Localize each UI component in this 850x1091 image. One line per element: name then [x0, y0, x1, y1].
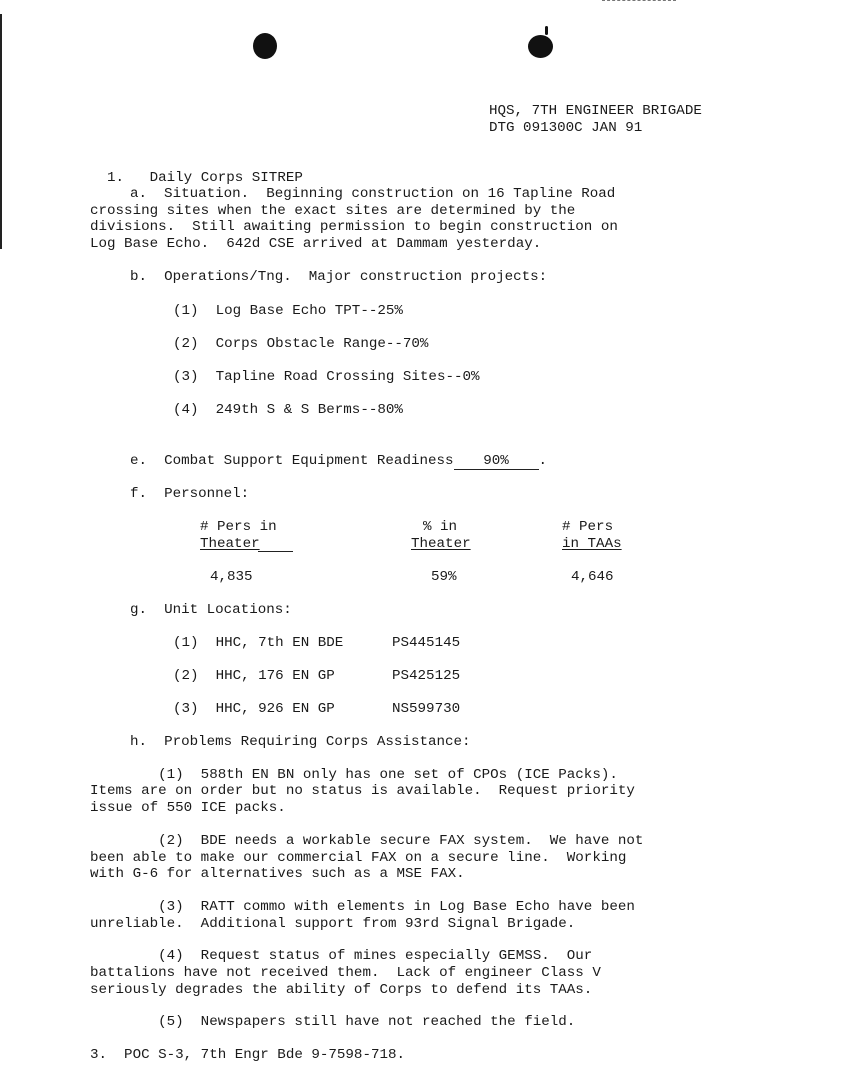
- punch-hole-left: [253, 33, 277, 59]
- unit-num: (1): [173, 635, 199, 651]
- unit-location-row: (2) HHC, 176 EN GP: [173, 668, 335, 685]
- section-title: Daily Corps SITREP: [150, 170, 303, 186]
- personnel-col-rule: [258, 551, 293, 552]
- punch-hole-right-tail: [545, 26, 548, 35]
- project-item: (4) 249th S & S Berms--80%: [173, 402, 403, 419]
- text-line: a. Situation. Beginning construction on …: [130, 186, 615, 203]
- project-item: (1) Log Base Echo TPT--25%: [173, 303, 403, 320]
- section-1-title: 1. Daily Corps SITREP: [90, 153, 303, 186]
- punch-hole-right: [528, 35, 553, 58]
- personnel-col-header: Theater: [411, 536, 471, 553]
- text-line: (4) Request status of mines especially G…: [90, 948, 592, 965]
- operations-heading: b. Operations/Tng. Major construction pr…: [130, 269, 547, 286]
- unit-num: (3): [173, 701, 199, 717]
- personnel-heading: f. Personnel:: [130, 486, 249, 503]
- readiness-label: Combat Support Equipment Readiness: [164, 453, 453, 469]
- header-dtg: DTG 091300C JAN 91: [489, 120, 642, 137]
- item-letter: h.: [130, 734, 147, 750]
- text-line: with G-6 for alternatives such as a MSE …: [90, 866, 465, 883]
- item-letter: e.: [130, 453, 147, 469]
- text-line: Items are on order but no status is avai…: [90, 783, 635, 800]
- readiness-end: .: [539, 453, 548, 469]
- text-line: (5) Newspapers still have not reached th…: [90, 1014, 575, 1031]
- item-letter: b.: [130, 269, 147, 285]
- project-item: (2) Corps Obstacle Range--70%: [173, 336, 428, 353]
- text-line: seriously degrades the ability of Corps …: [90, 982, 592, 999]
- header-unit: HQS, 7TH ENGINEER BRIGADE: [489, 103, 702, 120]
- personnel-col-header: # Pers: [562, 519, 613, 536]
- text-line: issue of 550 ICE packs.: [90, 800, 286, 817]
- project-text: Tapline Road Crossing Sites--0%: [216, 369, 480, 385]
- personnel-value: 4,646: [571, 569, 614, 586]
- project-text: Corps Obstacle Range--70%: [216, 336, 429, 352]
- unit-location-row: (3) HHC, 926 EN GP: [173, 701, 335, 718]
- section-number: 1.: [107, 170, 124, 186]
- text-line: (2) BDE needs a workable secure FAX syst…: [90, 833, 643, 850]
- project-item: (3) Tapline Road Crossing Sites--0%: [173, 369, 480, 386]
- project-text: Log Base Echo TPT--25%: [216, 303, 403, 319]
- project-text: 249th S & S Berms--80%: [216, 402, 403, 418]
- item-letter: f.: [130, 486, 147, 502]
- unit-name: HHC, 7th EN BDE: [216, 635, 344, 651]
- text-line: divisions. Still awaiting permission to …: [90, 219, 618, 236]
- unit-location-row: (1) HHC, 7th EN BDE: [173, 635, 343, 652]
- text-line: battalions have not received them. Lack …: [90, 965, 601, 982]
- item-heading: Problems Requiring Corps Assistance:: [164, 734, 471, 750]
- text-line: crossing sites when the exact sites are …: [90, 203, 575, 220]
- page-left-edge: [0, 14, 2, 249]
- text-line: Log Base Echo. 642d CSE arrived at Damma…: [90, 236, 541, 253]
- personnel-col-header: Theater: [200, 536, 260, 553]
- section-3-poc: 3. POC S-3, 7th Engr Bde 9-7598-718.: [90, 1047, 405, 1064]
- item-letter: g.: [130, 602, 147, 618]
- text-line: been able to make our commercial FAX on …: [90, 850, 626, 867]
- unit-grid: PS445145: [392, 635, 460, 652]
- text-line: unreliable. Additional support from 93rd…: [90, 916, 575, 933]
- project-num: (4): [173, 402, 199, 418]
- personnel-value: 4,835: [210, 569, 253, 586]
- problems-heading: h. Problems Requiring Corps Assistance:: [130, 734, 471, 751]
- project-num: (2): [173, 336, 199, 352]
- item-heading: Personnel:: [164, 486, 249, 502]
- readiness-line: e. Combat Support Equipment Readiness90%…: [130, 453, 547, 470]
- unit-grid: PS425125: [392, 668, 460, 685]
- personnel-col-header: in TAAs: [562, 536, 622, 553]
- readiness-value: 90%: [454, 454, 539, 470]
- unit-locations-heading: g. Unit Locations:: [130, 602, 292, 619]
- item-heading: Operations/Tng. Major construction proje…: [164, 269, 547, 285]
- personnel-col-header: # Pers in: [200, 519, 277, 536]
- unit-num: (2): [173, 668, 199, 684]
- text-line: (1) 588th EN BN only has one set of CPOs…: [90, 767, 618, 784]
- project-num: (1): [173, 303, 199, 319]
- text-line: (3) RATT commo with elements in Log Base…: [90, 899, 635, 916]
- top-edge-mark: [602, 0, 676, 2]
- personnel-col-header: % in: [423, 519, 457, 536]
- unit-grid: NS599730: [392, 701, 460, 718]
- personnel-value: 59%: [431, 569, 457, 586]
- item-heading: Unit Locations:: [164, 602, 292, 618]
- unit-name: HHC, 176 EN GP: [216, 668, 335, 684]
- project-num: (3): [173, 369, 199, 385]
- unit-name: HHC, 926 EN GP: [216, 701, 335, 717]
